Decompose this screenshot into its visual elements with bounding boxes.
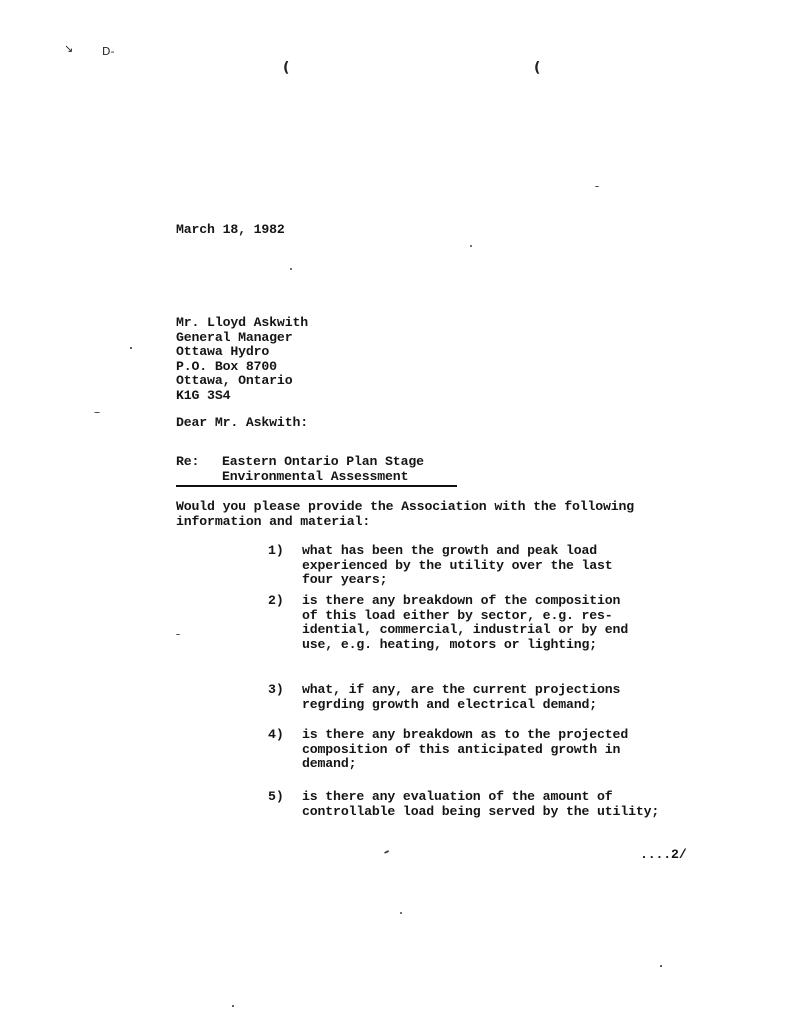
intro-line-2: information and material: <box>176 515 634 530</box>
list-item-line: composition of this anticipated growth i… <box>302 743 628 758</box>
list-item-line: what has been the growth and peak load <box>302 544 613 559</box>
subject-underline <box>176 485 457 487</box>
scan-speck <box>94 412 100 413</box>
list-item: is there any breakdown of the compositio… <box>302 594 628 652</box>
list-item: is there any evaluation of the amount of… <box>302 790 659 819</box>
scan-speck <box>290 268 292 270</box>
recipient-name: Mr. Lloyd Askwith <box>176 316 308 331</box>
recipient-city: Ottawa, Ontario <box>176 374 308 389</box>
scan-mark-arrow-icon: ↘ <box>64 42 73 55</box>
subject-line-2: Environmental Assessment <box>222 470 424 485</box>
list-item-number: 5) <box>268 790 284 805</box>
salutation: Dear Mr. Askwith: <box>176 416 308 431</box>
list-item-line: is there any evaluation of the amount of <box>302 790 659 805</box>
letter-date: March 18, 1982 <box>176 223 285 238</box>
list-item-line: is there any breakdown of the compositio… <box>302 594 628 609</box>
recipient-postal-code: K1G 3S4 <box>176 389 308 404</box>
list-item-line: use, e.g. heating, motors or lighting; <box>302 638 628 653</box>
list-item-line: is there any breakdown as to the project… <box>302 728 628 743</box>
scan-speck <box>660 965 662 967</box>
subject-line-1: Eastern Ontario Plan Stage <box>222 455 424 470</box>
list-item-line: what, if any, are the current projection… <box>302 683 620 698</box>
list-item-line: of this load either by sector, e.g. res- <box>302 609 628 624</box>
subject-text: Eastern Ontario Plan Stage Environmental… <box>222 455 424 484</box>
recipient-title: General Manager <box>176 331 308 346</box>
recipient-po-box: P.O. Box 8700 <box>176 360 308 375</box>
list-item-line: four years; <box>302 573 613 588</box>
list-item-line: regrding growth and electrical demand; <box>302 698 620 713</box>
list-item-line: demand; <box>302 757 628 772</box>
page-continuation-marker: ....2/ <box>640 848 687 863</box>
list-item-number: 4) <box>268 728 284 743</box>
scan-speck <box>176 634 180 635</box>
scan-speck <box>595 186 599 187</box>
recipient-address: Mr. Lloyd Askwith General Manager Ottawa… <box>176 316 308 404</box>
scan-speck <box>470 245 472 247</box>
list-item: is there any breakdown as to the project… <box>302 728 628 772</box>
intro-line-1: Would you please provide the Association… <box>176 500 634 515</box>
subject-label: Re: <box>176 455 199 470</box>
list-item: what has been the growth and peak load e… <box>302 544 613 588</box>
scan-mark-glyph: D- <box>102 45 114 58</box>
scanned-letter-page: ↘ D- ( ( March 18, 1982 Mr. Lloyd Askwit… <box>0 0 794 1024</box>
scan-speck <box>400 912 402 914</box>
list-item-number: 1) <box>268 544 284 559</box>
scan-speck <box>130 347 132 349</box>
scan-speck <box>232 1005 234 1007</box>
scan-speck <box>384 850 389 853</box>
list-item-line: experienced by the utility over the last <box>302 559 613 574</box>
list-item-line: controllable load being served by the ut… <box>302 805 659 820</box>
list-item: what, if any, are the current projection… <box>302 683 620 712</box>
scan-mark-paren-left: ( <box>283 60 289 76</box>
intro-paragraph: Would you please provide the Association… <box>176 500 634 529</box>
list-item-line: idential, commercial, industrial or by e… <box>302 623 628 638</box>
recipient-organization: Ottawa Hydro <box>176 345 308 360</box>
list-item-number: 3) <box>268 683 284 698</box>
scan-mark-paren-right: ( <box>534 60 540 76</box>
list-item-number: 2) <box>268 594 284 609</box>
